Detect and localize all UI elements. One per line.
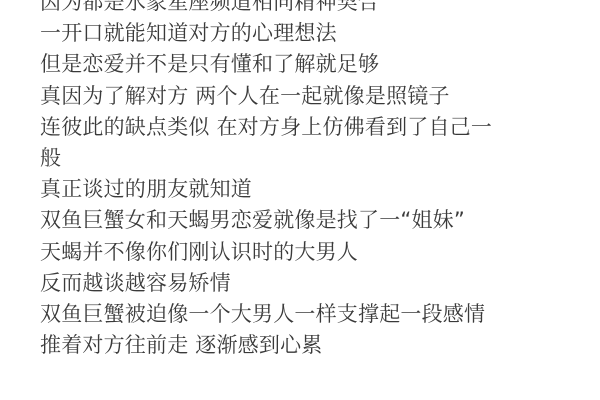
- text-line: 真正谈过的朋友就知道: [40, 174, 580, 205]
- text-line: 真因为了解对方 两个人在一起就像是照镜子: [40, 81, 580, 112]
- text-line: 一开口就能知道对方的心理想法: [40, 18, 580, 49]
- text-line: 但是恋爱并不是只有懂和了解就足够: [40, 49, 580, 80]
- text-line: 双鱼巨蟹女和天蝎男恋爱就像是找了一“姐妹”: [40, 205, 580, 236]
- text-line: 天蝎并不像你们刚认识时的大男人: [40, 237, 580, 268]
- text-line: 反而越谈越容易矫情: [40, 268, 580, 299]
- document-page: 因为都是水象星座频道相同精神契合 一开口就能知道对方的心理想法 但是恋爱并不是只…: [0, 0, 600, 400]
- text-line: 双鱼巨蟹被迫像一个大男人一样支撑起一段感情: [40, 299, 580, 330]
- text-line: 般: [40, 143, 580, 174]
- text-line: 连彼此的缺点类似 在对方身上仿佛看到了自己一: [40, 112, 580, 143]
- text-line: 推着对方往前走 逐渐感到心累: [40, 330, 580, 361]
- text-lines: 因为都是水象星座频道相同精神契合 一开口就能知道对方的心理想法 但是恋爱并不是只…: [40, 0, 580, 361]
- text-line: 因为都是水象星座频道相同精神契合: [40, 0, 580, 18]
